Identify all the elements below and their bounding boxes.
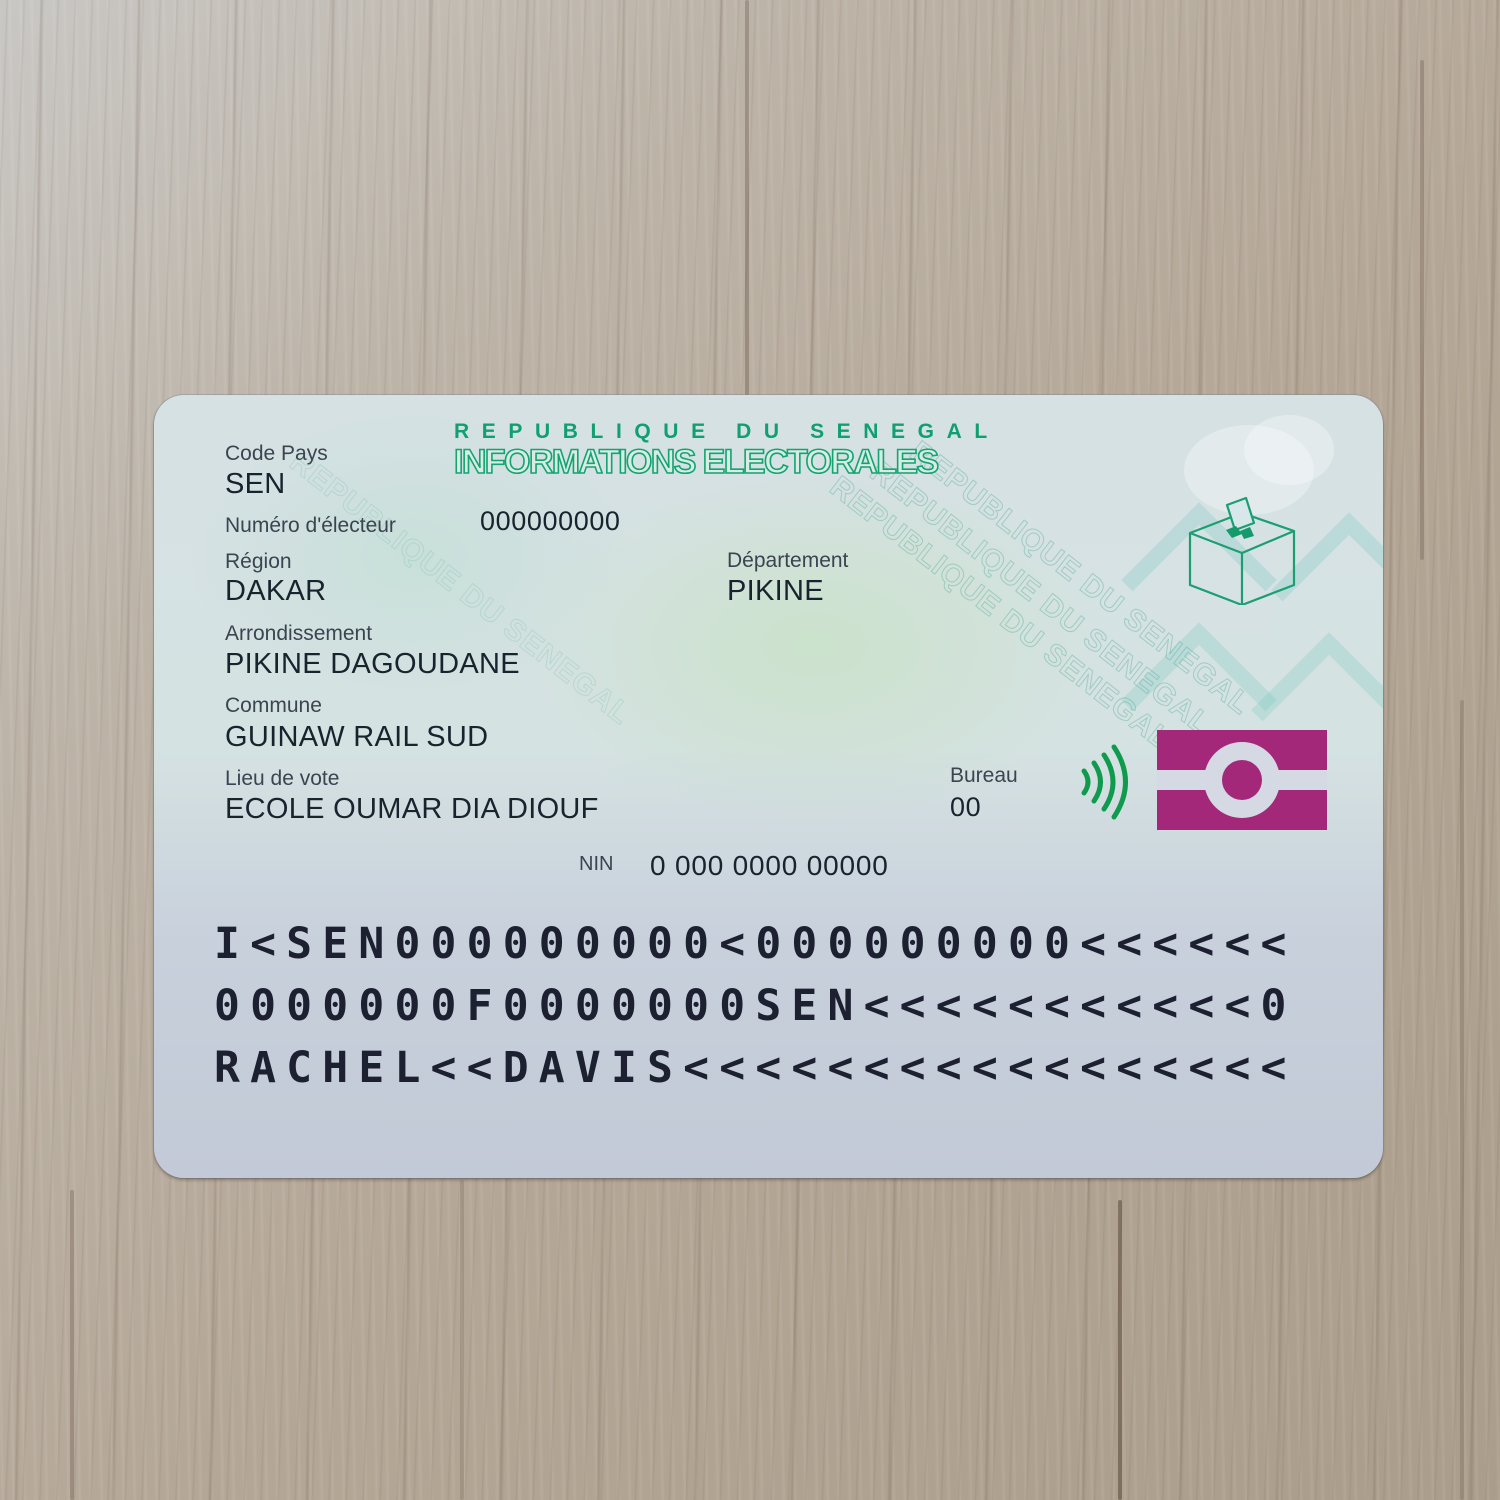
nin-label: NIN — [579, 853, 613, 876]
mrz-line-1: I<SEN000000000<000000000<<<<<< — [214, 923, 1297, 966]
lieu-de-vote-label: Lieu de vote — [225, 767, 339, 791]
code-pays-value: SEN — [225, 468, 286, 501]
ballot-box-icon — [1184, 495, 1304, 605]
region-label: Région — [225, 550, 292, 574]
ecowas-logo-icon — [1157, 730, 1327, 830]
contactless-icon — [1076, 737, 1136, 827]
country-header: REPUBLIQUE DU SENEGAL — [454, 420, 1000, 444]
arrondissement-label: Arrondissement — [225, 622, 372, 646]
nin-value: 0 000 0000 00000 — [650, 850, 889, 882]
commune-label: Commune — [225, 694, 322, 718]
commune-value: GUINAW RAIL SUD — [225, 721, 488, 754]
mrz-line-2: 0000000F0000000SEN<<<<<<<<<<<0 — [214, 985, 1297, 1028]
voter-id-card: REPUBLIQUE DU SENEGAL REPUBLIQUE DU SENE… — [154, 395, 1383, 1178]
arrondissement-value: PIKINE DAGOUDANE — [225, 648, 520, 681]
mrz-line-3: RACHEL<<DAVIS<<<<<<<<<<<<<<<<< — [214, 1047, 1297, 1090]
departement-value: PIKINE — [727, 575, 824, 608]
wood-grain-line — [70, 1190, 74, 1500]
wood-grain-line — [1118, 1200, 1122, 1500]
numero-electeur-label: Numéro d'électeur — [225, 514, 396, 538]
wood-grain-line — [1420, 60, 1424, 560]
lieu-de-vote-value: ECOLE OUMAR DIA DIOUF — [225, 793, 599, 826]
wood-grain-line — [460, 1180, 464, 1500]
bureau-value: 00 — [950, 792, 981, 823]
wood-grain-line — [745, 0, 749, 395]
watermark-text: REPUBLIQUE DU SENEGAL — [283, 445, 637, 732]
region-value: DAKAR — [225, 575, 326, 608]
bureau-label: Bureau — [950, 764, 1018, 788]
code-pays-label: Code Pays — [225, 442, 328, 466]
wood-grain-line — [1460, 700, 1464, 1500]
card-title: INFORMATIONS ELECTORALES — [454, 443, 938, 482]
numero-electeur-value: 000000000 — [480, 506, 621, 537]
departement-label: Département — [727, 549, 848, 573]
